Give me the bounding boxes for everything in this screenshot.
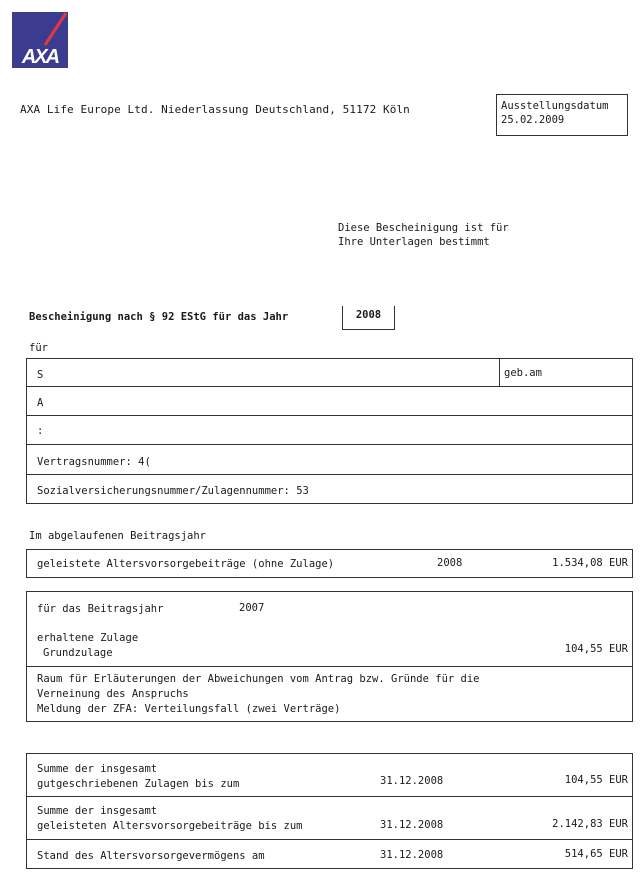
svn-row: Sozialversicherungsnummer/Zulagennummer:…	[27, 475, 632, 505]
contributions-year: 2008	[437, 557, 462, 569]
recipient-box: S geb.am A : Vertragsnummer: 4( Sozialve…	[26, 358, 633, 504]
notice-line-2: Ihre Unterlagen bestimmt	[338, 235, 509, 249]
explanation-line-2: Verneinung des Anspruchs	[37, 687, 480, 702]
company-address: AXA Life Europe Ltd. Niederlassung Deuts…	[20, 103, 410, 116]
svn-value: 53	[296, 485, 309, 497]
totals-date: 31.12.2008	[380, 775, 443, 787]
allowance-row: für das Beitragsjahr 2007 erhaltene Zula…	[27, 592, 632, 667]
explanation-line-3: Meldung der ZFA: Verteilungsfall (zwei V…	[37, 702, 480, 717]
totals-row: Stand des Altersvorsorgevermögens am 31.…	[27, 840, 632, 870]
explanation-line-1: Raum für Erläuterungen der Abweichungen …	[37, 672, 480, 687]
explanation-text: Raum für Erläuterungen der Abweichungen …	[37, 672, 480, 717]
contract-label: Vertragsnummer:	[37, 456, 132, 468]
svg-text:AXA: AXA	[21, 46, 59, 68]
contributions-label: geleistete Altersvorsorgebeiträge (ohne …	[37, 558, 334, 570]
totals-date: 31.12.2008	[380, 849, 443, 861]
totals-row: Summe der insgesamt geleisteten Altersvo…	[27, 797, 632, 840]
address-row-2: :	[27, 416, 632, 445]
recipient-name: S	[37, 369, 43, 381]
totals-box: Summe der insgesamt gutgeschriebenen Zul…	[26, 753, 633, 869]
svn-label: Sozialversicherungsnummer/Zulagennummer:	[37, 485, 290, 497]
totals-row-label: Stand des Altersvorsorgevermögens am	[37, 850, 265, 862]
totals-label-line-1: Summe der insgesamt	[37, 762, 239, 777]
birth-label: geb.am	[504, 367, 542, 379]
totals-row: Summe der insgesamt gutgeschriebenen Zul…	[27, 754, 632, 797]
contributions-box: geleistete Altersvorsorgebeiträge (ohne …	[26, 549, 633, 578]
totals-label-line-2: gutgeschriebenen Zulagen bis zum	[37, 777, 239, 792]
explanation-row: Raum für Erläuterungen der Abweichungen …	[27, 667, 632, 723]
totals-amount: 104,55 EUR	[565, 774, 628, 786]
allowance-received-label: erhaltene Zulage	[37, 632, 138, 644]
name-row: S geb.am	[27, 359, 632, 387]
contract-value: 4(	[138, 456, 151, 468]
for-label: für	[29, 342, 48, 354]
totals-row-label: Summe der insgesamt geleisteten Altersvo…	[37, 804, 303, 834]
basic-allowance-label: Grundzulage	[43, 647, 113, 659]
address-line-2: :	[37, 425, 43, 437]
notice-line-1: Diese Bescheinigung ist für	[338, 221, 509, 235]
contributions-amount: 1.534,08 EUR	[552, 557, 628, 569]
document-notice: Diese Bescheinigung ist für Ihre Unterla…	[338, 221, 509, 249]
axa-logo-icon: AXA	[12, 12, 68, 68]
contract-number: Vertragsnummer: 4(	[37, 456, 151, 468]
allowance-box: für das Beitragsjahr 2007 erhaltene Zula…	[26, 591, 633, 722]
totals-label-line-2: geleisteten Altersvorsorgebeiträge bis z…	[37, 819, 303, 834]
address-row-1: A	[27, 387, 632, 416]
allowance-year-value: 2007	[239, 602, 264, 614]
basic-allowance-amount: 104,55 EUR	[565, 643, 628, 655]
totals-row-label: Summe der insgesamt gutgeschriebenen Zul…	[37, 762, 239, 792]
svn-number: Sozialversicherungsnummer/Zulagennummer:…	[37, 485, 309, 497]
contributions-section-label: Im abgelaufenen Beitragsjahr	[29, 530, 206, 542]
address-line-1: A	[37, 397, 43, 409]
issue-date-value: 25.02.2009	[501, 113, 623, 127]
birth-divider	[499, 359, 500, 386]
issue-date-label: Ausstellungsdatum	[501, 99, 623, 113]
totals-amount: 2.142,83 EUR	[552, 818, 628, 830]
totals-label-line-1: Summe der insgesamt	[37, 804, 303, 819]
allowance-year-label: für das Beitragsjahr	[37, 603, 163, 615]
totals-date: 31.12.2008	[380, 819, 443, 831]
contract-row: Vertragsnummer: 4(	[27, 445, 632, 475]
totals-amount: 514,65 EUR	[565, 848, 628, 860]
axa-logo: AXA	[12, 12, 68, 68]
certificate-year: 2008	[342, 306, 395, 330]
certificate-title: Bescheinigung nach § 92 EStG für das Jah…	[29, 311, 288, 323]
issue-date-box: Ausstellungsdatum 25.02.2009	[496, 94, 628, 136]
